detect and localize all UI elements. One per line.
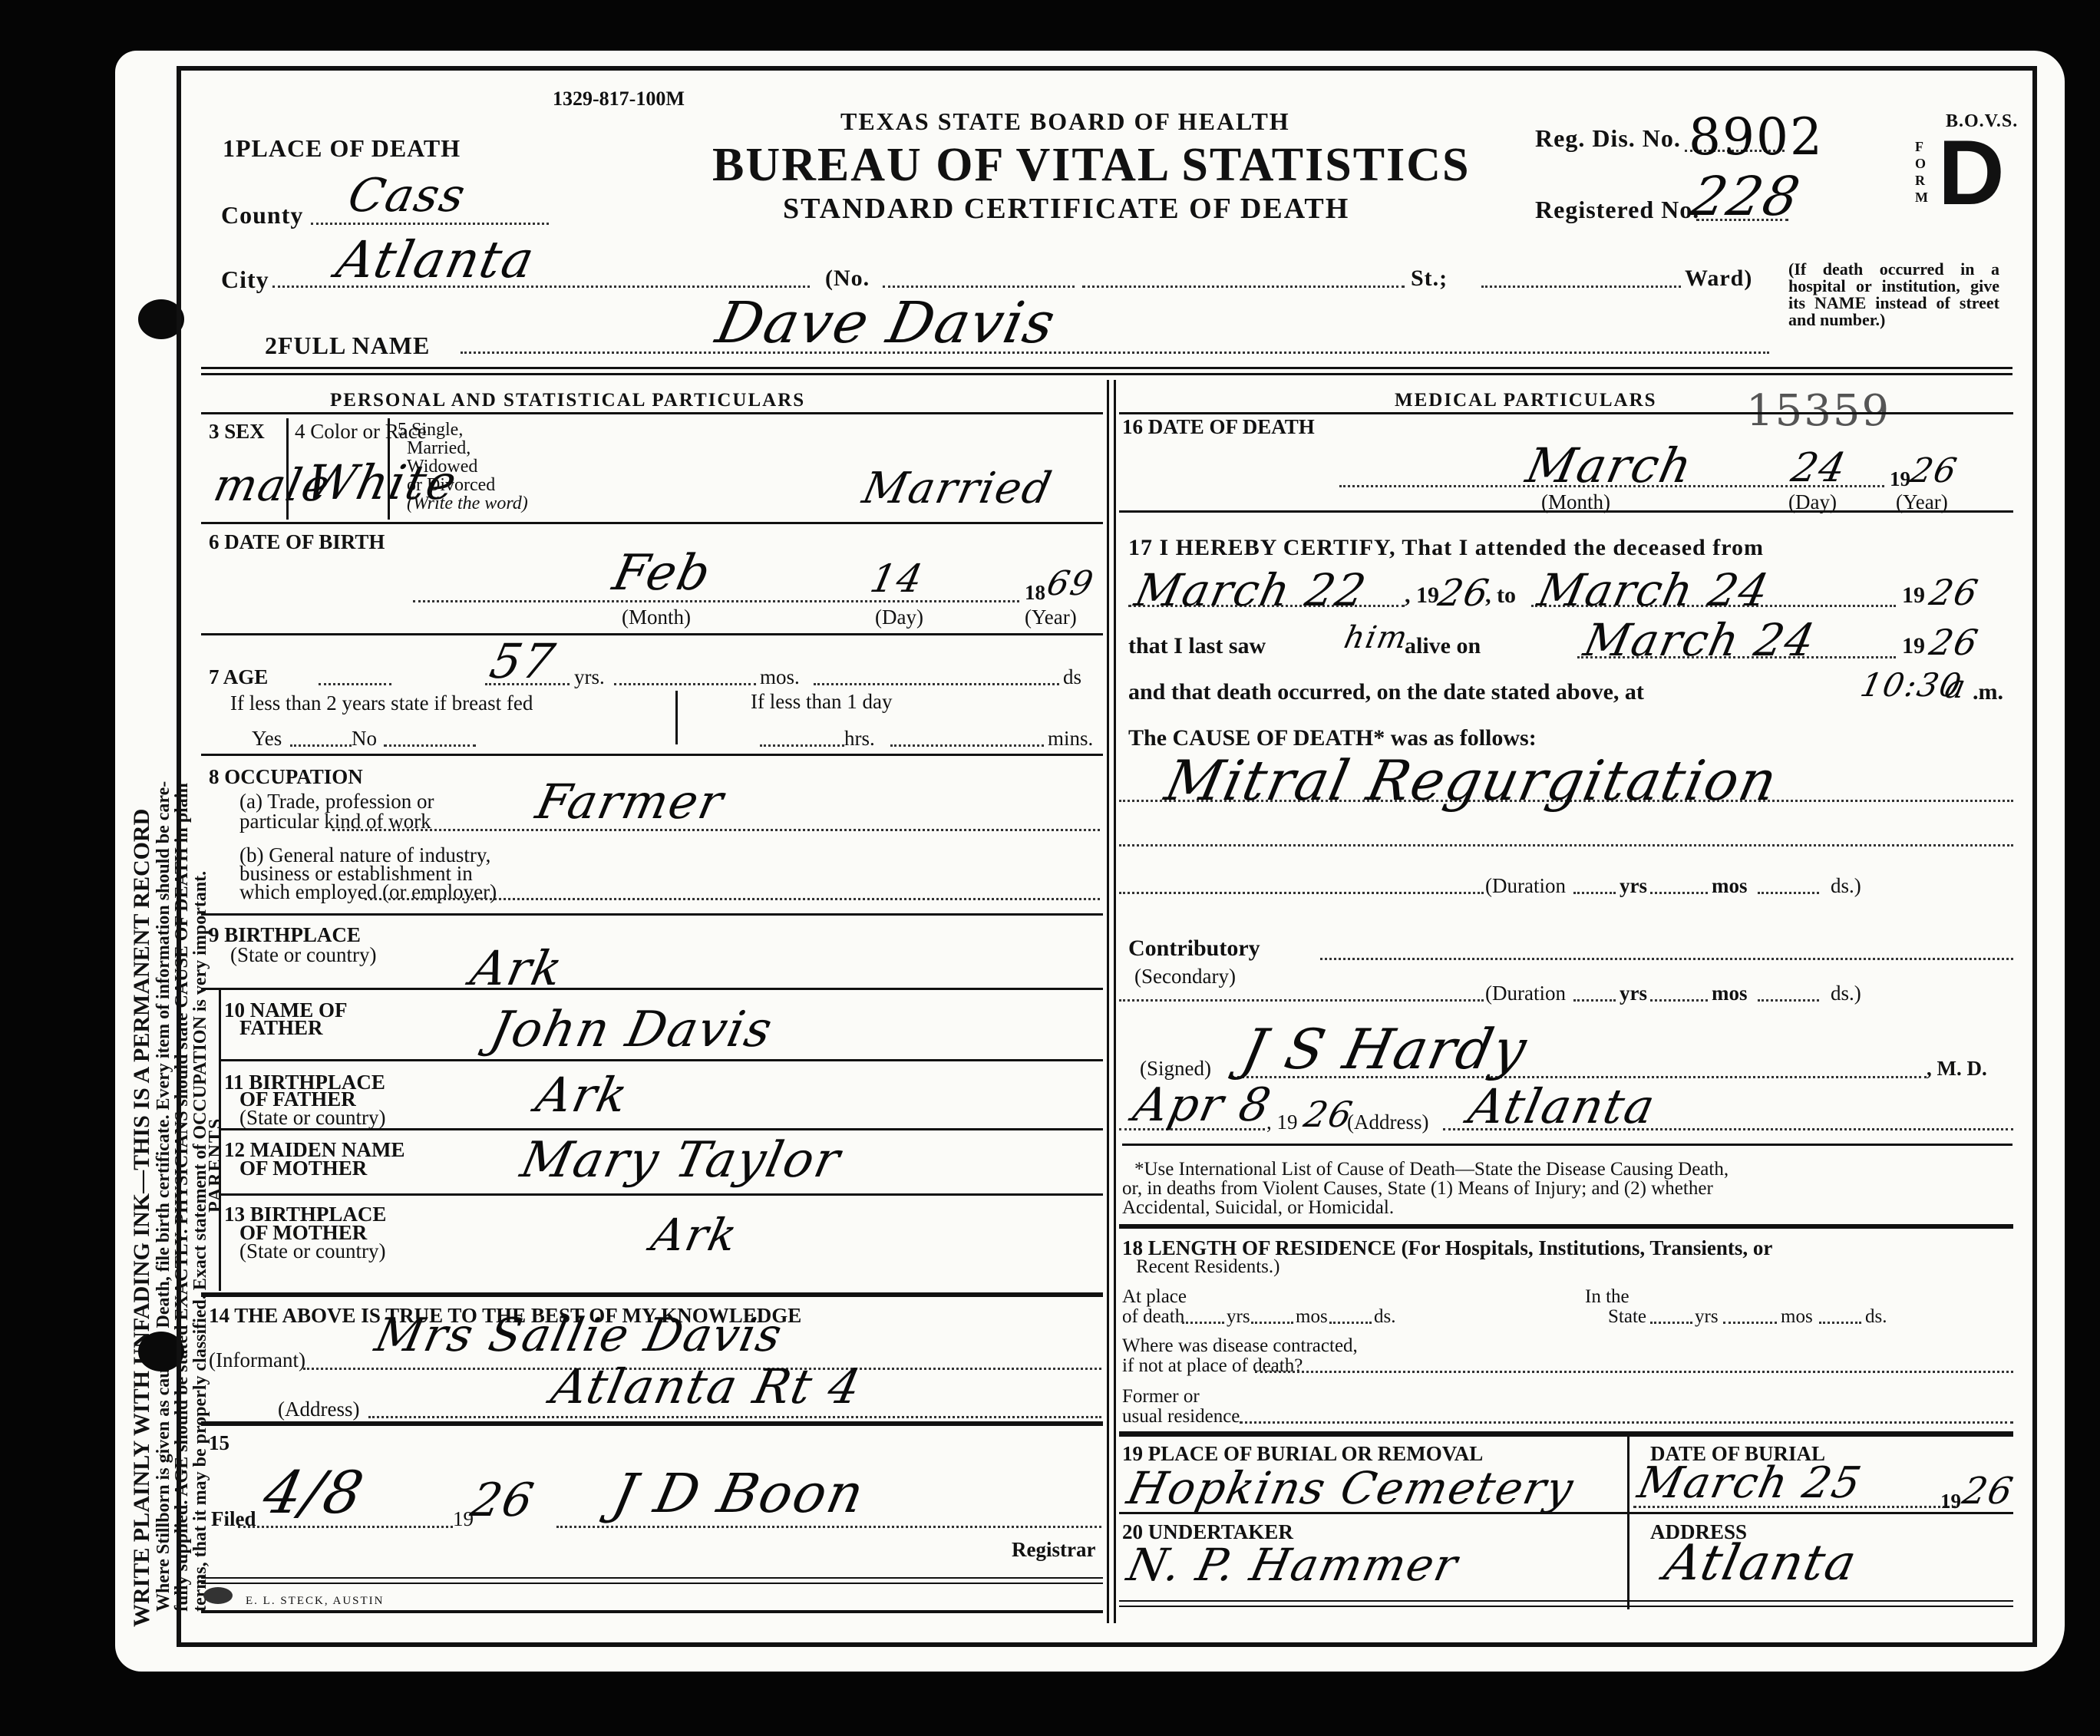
undertaker-address-value: Atlanta — [1659, 1535, 1862, 1592]
footnote-line-1: *Use International List of Cause of Deat… — [1134, 1159, 1729, 1180]
printer-logo — [203, 1587, 233, 1604]
cause-of-death-label: The CAUSE OF DEATH* was as follows: — [1128, 728, 1537, 749]
dob-month-caption: (Month) — [622, 606, 691, 628]
in-state-ds: ds. — [1865, 1306, 1887, 1328]
rule-left-9 — [201, 1577, 1103, 1579]
stamp-number: 15359 — [1746, 386, 1890, 436]
marital-label-line: or Divorced — [398, 476, 528, 494]
certify-statement: 17 I HEREBY CERTIFY, That I attended the… — [1128, 535, 1764, 561]
cause-duration-mos: mos — [1712, 875, 1748, 896]
father-name-value: John Davis — [485, 1002, 778, 1058]
dod-month-caption: (Month) — [1541, 491, 1610, 513]
last-saw-label: that I last saw — [1128, 635, 1266, 657]
birthplace-sub: (State or country) — [230, 944, 376, 965]
breast-fed-no-line — [384, 744, 476, 747]
filed-date-value: 4/8 — [258, 1458, 371, 1526]
former-residence-label-1: Former or — [1122, 1386, 1200, 1408]
father-birthplace-value: Ark — [531, 1067, 634, 1123]
attended-to-value: March 24 — [1534, 564, 1775, 616]
rule-right-2 — [1119, 510, 2013, 513]
reg-dis-label: Reg. Dis. No. — [1535, 124, 1681, 153]
rule-left-1 — [201, 412, 1103, 414]
at-place-ds-line — [1329, 1322, 1372, 1324]
signed-label: (Signed) — [1140, 1058, 1211, 1079]
contributory-duration-ds: ds.) — [1831, 982, 1861, 1004]
medical-section-title: MEDICAL PARTICULARS — [1395, 390, 1657, 411]
rule-father — [220, 1059, 1103, 1061]
marital-value: Married — [858, 464, 1057, 513]
sex-divider — [286, 418, 289, 520]
contributory-label: Contributory — [1128, 938, 1260, 959]
hours-line — [760, 744, 844, 747]
full-name-line — [461, 351, 1769, 354]
marital-label-line: (Write the word) — [398, 494, 528, 513]
less-than-day-label: If less than 1 day — [751, 691, 892, 712]
form-vertical-label: FORM — [1915, 138, 1930, 206]
header-double-rule-2 — [201, 373, 2013, 375]
attended-to-year-prefix: 19 — [1902, 585, 1925, 606]
cause-line-2 — [1119, 844, 2013, 847]
age-yrs: yrs. — [574, 666, 605, 688]
breast-fed-no-label: No — [352, 728, 377, 749]
death-m-suffix: .m. — [1973, 682, 2003, 703]
filed-year: 26 — [467, 1474, 540, 1527]
cause-of-death-value: Mitral Regurgitation — [1160, 748, 1784, 813]
rule-right-6 — [1119, 1512, 2013, 1514]
rule-left-6 — [201, 988, 1103, 990]
secondary-label: (Secondary) — [1134, 965, 1236, 987]
burial-year: 26 — [1959, 1470, 2018, 1513]
contributory-duration-mos: mos — [1712, 982, 1748, 1004]
in-state-mos: mos — [1781, 1306, 1813, 1328]
cause-duration-ds-line — [1758, 892, 1819, 894]
printer-credit: E. L. STECK, AUSTIN — [246, 1590, 385, 1612]
marital-label-line: 5 Single, — [398, 421, 528, 439]
footnote-line-3: Accidental, Suicidal, or Homicidal. — [1122, 1197, 1394, 1219]
md-label: , M. D. — [1927, 1058, 1987, 1079]
mother-name-label-2: OF MOTHER — [239, 1157, 367, 1179]
contributory-duration-yrs-line — [1573, 999, 1616, 1002]
dob-year-caption: (Year) — [1025, 606, 1077, 628]
burial-divider — [1627, 1437, 1629, 1609]
residence-label-1: 18 LENGTH OF RESIDENCE (For Hospitals, I… — [1122, 1237, 1772, 1259]
form-letter: D — [1938, 130, 2006, 215]
dob-month: Feb — [608, 545, 716, 602]
at-place-yrs: yrs — [1227, 1306, 1250, 1328]
mother-birthplace-label-3: (State or country) — [239, 1240, 385, 1262]
signed-date-value: Apr 8 — [1129, 1078, 1277, 1132]
burial-date-value: March 25 — [1633, 1458, 1867, 1508]
registered-value: 228 — [1686, 165, 1806, 228]
marital-label: 5 Single, Married, Widowed or Divorced (… — [398, 421, 528, 513]
cause-duration-yrs-line — [1573, 892, 1616, 894]
cause-duration-line — [1119, 892, 1484, 894]
place-of-death-label: 1PLACE OF DEATH — [223, 134, 461, 163]
occupation-a-value: Farmer — [531, 774, 729, 830]
registrar-label: Registrar — [1012, 1539, 1095, 1560]
at-place-ds: ds. — [1374, 1306, 1395, 1328]
dob-day-caption: (Day) — [875, 606, 923, 628]
attended-from-year-label: , 19 — [1405, 585, 1439, 606]
contracted-line — [1255, 1371, 2013, 1373]
board-name: TEXAS STATE BOARD OF HEALTH — [840, 107, 1290, 136]
age-subdivider — [675, 691, 678, 744]
breast-fed-yes-line — [290, 744, 352, 747]
personal-section-title: PERSONAL AND STATISTICAL PARTICULARS — [330, 390, 805, 411]
at-place-mos: mos — [1296, 1306, 1328, 1328]
last-saw-year: 26 — [1926, 622, 1983, 663]
contributory-duration-mos-line — [1650, 999, 1708, 1002]
registrar-signature: J D Boon — [607, 1462, 870, 1525]
rule-right-1 — [1119, 412, 2013, 414]
dod-day: 24 — [1788, 445, 1851, 491]
county-label: County — [221, 201, 303, 229]
contributory-line — [1320, 958, 2013, 960]
full-name-label: 2FULL NAME — [265, 332, 430, 360]
former-residence-line — [1240, 1421, 2013, 1424]
contributory-duration-ds-line — [1758, 999, 1819, 1002]
breast-fed-yes-label: Yes — [252, 728, 282, 749]
rule-left-5 — [201, 913, 1103, 916]
registered-label: Registered No. — [1535, 196, 1699, 224]
registrar-line — [556, 1526, 1101, 1528]
alive-on-label: alive on — [1405, 635, 1481, 657]
dod-year: 26 — [1907, 451, 1962, 490]
breast-fed-label: If less than 2 years state if breast fed — [230, 692, 533, 714]
attended-from-value: March 22 — [1131, 564, 1372, 616]
header-double-rule-1 — [201, 367, 2013, 369]
age-ds-line — [814, 683, 1059, 685]
rule-left-4 — [201, 754, 1103, 756]
rule-right-7 — [1119, 1600, 2013, 1602]
informant-address-value: Atlanta Rt 4 — [546, 1358, 867, 1414]
margin-instruction-1: WRITE PLAINLY WITH UNFADING INK—THIS IS … — [129, 809, 155, 1627]
county-line — [311, 223, 549, 225]
rule-left-3 — [201, 633, 1103, 635]
age-years-line — [319, 683, 391, 685]
dod-year-caption: (Year) — [1896, 491, 1948, 513]
marital-label-line: Married, — [398, 439, 528, 457]
dob-label: 6 DATE OF BIRTH — [209, 531, 385, 553]
footnote-line-2: or, in deaths from Violent Causes, State… — [1122, 1178, 1713, 1200]
cause-duration-label: (Duration — [1485, 875, 1566, 896]
race-divider — [388, 418, 390, 520]
age-ds: ds — [1063, 666, 1081, 688]
burial-place-label: 19 PLACE OF BURIAL OR REMOVAL — [1122, 1443, 1483, 1464]
informant-label: (Informant) — [209, 1349, 305, 1371]
occupation-b-line — [365, 898, 1100, 900]
burial-year-prefix: 19 — [1940, 1490, 1961, 1512]
physician-address-value: Atlanta — [1464, 1078, 1661, 1134]
mins-label: mins. — [1048, 728, 1093, 749]
parents-label: PARENTS — [206, 1117, 226, 1213]
dob-year: 69 — [1044, 564, 1098, 603]
rule-right-4 — [1119, 1224, 2013, 1229]
county-value: Cass — [344, 169, 471, 223]
age-value: 57 — [485, 633, 560, 689]
physician-signature: J S Hardy — [1237, 1017, 1534, 1081]
in-state-yrs: yrs — [1695, 1306, 1719, 1328]
last-saw-date: March 24 — [1580, 614, 1821, 666]
city-value: Atlanta — [332, 230, 540, 289]
contracted-label-2: if not at place of death? — [1122, 1355, 1303, 1377]
at-place-mos-line — [1251, 1322, 1293, 1324]
informant-address-line — [368, 1416, 1101, 1418]
cause-duration-ds: ds.) — [1831, 875, 1861, 896]
dob-year-prefix: 18 — [1025, 582, 1045, 603]
ward-label: Ward) — [1685, 266, 1752, 292]
mother-birthplace-value: Ark — [647, 1209, 743, 1261]
rule-right-5 — [1119, 1431, 2013, 1437]
last-saw-pronoun: him — [1341, 620, 1412, 655]
column-divider-a — [1107, 380, 1109, 1623]
rule-mother — [220, 1193, 1103, 1196]
column-divider-b — [1114, 380, 1116, 1623]
rule-left-8 — [201, 1421, 1103, 1426]
birthplace-label: 9 BIRTHPLACE — [209, 924, 361, 946]
rule-father-bp — [220, 1128, 1103, 1130]
father-name-label-2: FATHER — [239, 1017, 323, 1038]
marital-label-line: Widowed — [398, 457, 528, 476]
margin-instruction-line2: Where Stillborn is given as cause of Dea… — [154, 781, 174, 1612]
former-residence-label-2: usual residence — [1122, 1406, 1240, 1427]
informant-value: Mrs Sallie Davis — [371, 1309, 788, 1362]
mins-line — [890, 744, 1044, 747]
death-occurred-label: and that death occurred, on the date sta… — [1128, 682, 1644, 703]
reg-dis-value: 8902 — [1689, 107, 1824, 167]
at-place-label-2: of death — [1122, 1306, 1184, 1328]
burial-place-value: Hopkins Cemetery — [1123, 1462, 1579, 1514]
bureau-title: BUREAU OF VITAL STATISTICS — [712, 138, 1470, 193]
at-place-label-1: At place — [1122, 1286, 1187, 1308]
rule-left-2 — [201, 522, 1103, 524]
occupation-a-label-1: (a) Trade, profession or — [239, 790, 434, 812]
dob-day: 14 — [867, 556, 928, 601]
contributory-duration-label: (Duration — [1485, 982, 1566, 1004]
ward-line — [1481, 285, 1681, 288]
sex-label: 3 SEX — [209, 421, 265, 442]
in-state-yrs-line — [1650, 1322, 1692, 1324]
father-birthplace-label-3: (State or country) — [239, 1107, 385, 1128]
dod-label: 16 DATE OF DEATH — [1122, 416, 1315, 437]
mother-name-value: Mary Taylor — [516, 1132, 846, 1189]
filed-number: 15 — [209, 1432, 229, 1454]
signed-year-prefix: , 19 — [1266, 1111, 1298, 1133]
street-no-line — [883, 285, 1075, 288]
cause-duration-mos-line — [1650, 892, 1708, 894]
street-no-label: (No. — [825, 266, 870, 292]
street-line — [1082, 285, 1405, 288]
rule-left-10 — [201, 1583, 1103, 1584]
in-state-label-1: In the — [1585, 1286, 1629, 1308]
full-name-value: Dave Davis — [711, 290, 1062, 356]
occupation-label: 8 OCCUPATION — [209, 766, 363, 787]
rule-left-bottom — [201, 1610, 1103, 1613]
contributory-duration-line — [1119, 999, 1484, 1002]
street-label: St.; — [1411, 266, 1448, 292]
in-state-label-2: State — [1608, 1306, 1646, 1328]
hospital-note: (If death occurred in a hospital or inst… — [1788, 261, 1999, 328]
age-label: 7 AGE — [209, 666, 268, 688]
rule-left-7 — [201, 1292, 1103, 1297]
rule-right-8 — [1119, 1606, 2013, 1607]
rule-right-3 — [1122, 1144, 2013, 1146]
informant-address-label: (Address) — [278, 1398, 359, 1420]
dod-day-caption: (Day) — [1788, 491, 1837, 513]
attended-to-label: , to — [1485, 585, 1516, 606]
hours-label: hrs. — [844, 728, 875, 749]
in-state-mos-line — [1723, 1322, 1777, 1324]
contributory-duration-yrs: yrs — [1620, 982, 1647, 1004]
certificate-title: STANDARD CERTIFICATE OF DEATH — [783, 192, 1349, 226]
attended-to-year: 26 — [1926, 572, 1983, 613]
age-mos-line — [614, 683, 756, 685]
cause-duration-yrs: yrs — [1620, 875, 1647, 896]
at-place-yrs-line — [1182, 1322, 1224, 1324]
city-label: City — [221, 266, 269, 294]
undertaker-value: N. P. Hammer — [1123, 1539, 1464, 1591]
residence-label-2: Recent Residents.) — [1136, 1256, 1279, 1278]
dob-line — [413, 600, 1019, 602]
last-saw-year-prefix: 19 — [1902, 635, 1925, 657]
contracted-label-1: Where was disease contracted, — [1122, 1335, 1358, 1357]
age-mos: mos. — [760, 666, 800, 688]
form-code: 1329-817-100M — [553, 88, 685, 110]
dod-month: March — [1521, 437, 1698, 493]
physician-address-label: (Address) — [1347, 1111, 1428, 1133]
in-state-ds-line — [1819, 1322, 1861, 1324]
